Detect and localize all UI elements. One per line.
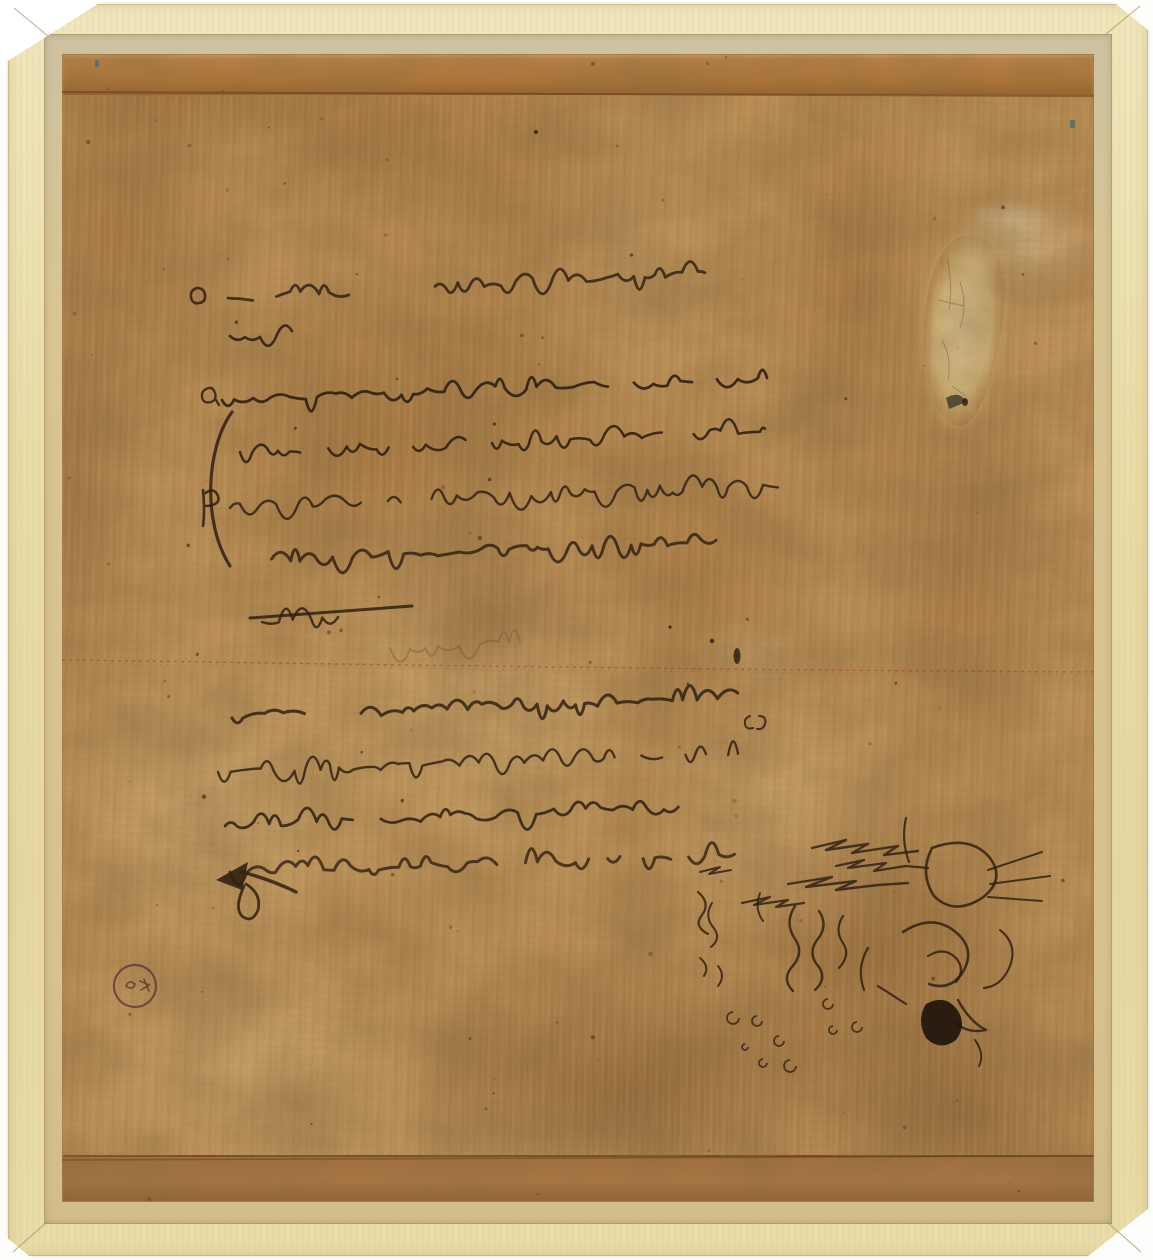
top-edge-band — [63, 55, 1093, 95]
sheet-margin-strip — [44, 34, 1112, 1224]
repair-patch — [914, 230, 1012, 429]
manuscript-scan — [0, 0, 1153, 1260]
bottom-edge-band — [63, 1155, 1093, 1201]
mount-mat — [8, 4, 1148, 1256]
manuscript-sheet — [62, 54, 1094, 1202]
